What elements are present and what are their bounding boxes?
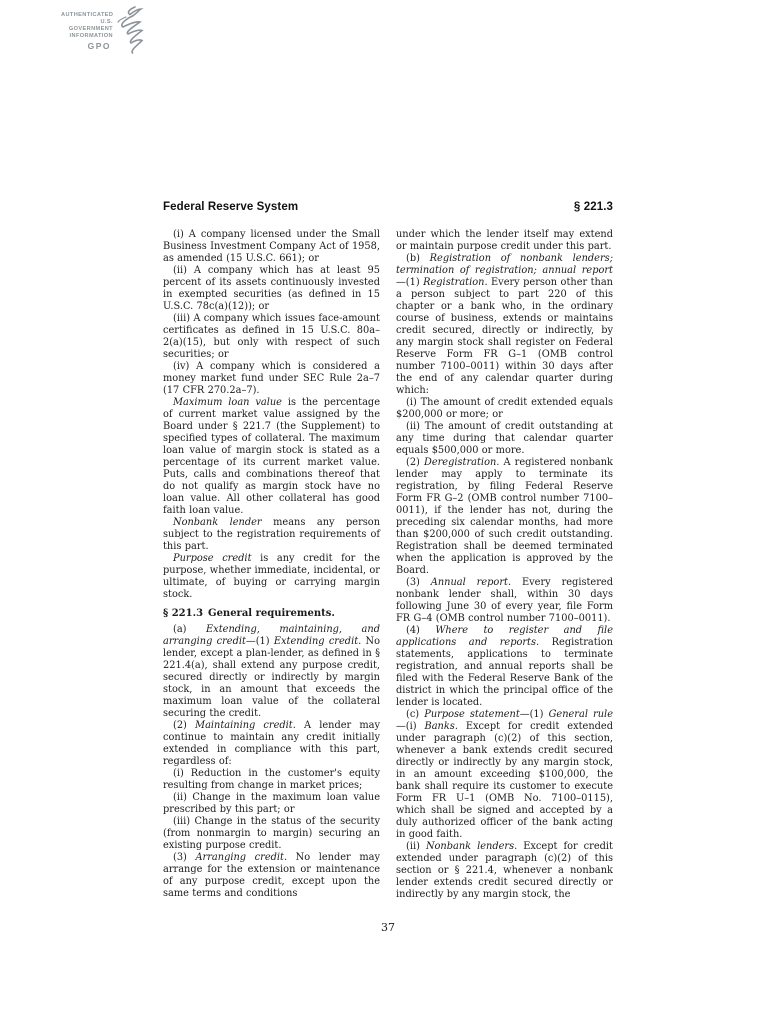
paragraph: (ii) Nonbank lenders. Except for credit … [396, 841, 613, 901]
text-run: (iii) Change in the status of the securi… [163, 816, 380, 851]
text-run: (3) [173, 852, 195, 863]
paragraph: (4) Where to register and file applicati… [396, 625, 613, 709]
paragraph: (ii) The amount of credit outstanding at… [396, 421, 613, 457]
paragraph: (3) Annual report. Every registered nonb… [396, 577, 613, 625]
paragraph: (a) Extending, maintaining, and arrangin… [163, 624, 380, 720]
paragraph: (b) Registration of nonbank lenders; ter… [396, 253, 613, 397]
page-header: Federal Reserve System § 221.3 [163, 201, 613, 213]
italic-run: Extending credit [274, 636, 358, 647]
text-run: —(i) [396, 721, 425, 732]
section-heading: § 221.3 General requirements. [163, 608, 380, 620]
paragraph: (ii) A company which has at least 95 per… [163, 265, 380, 313]
text-run: is the percentage of current market valu… [163, 397, 380, 516]
italic-run: Registration [423, 277, 484, 288]
paragraph: (2) Deregistration. A registered nonbank… [396, 457, 613, 577]
gpo-logo-line1: AUTHENTICATED [61, 12, 113, 19]
italic-run: Arranging credit [195, 852, 283, 863]
paragraph: (iii) Change in the status of the securi… [163, 816, 380, 852]
text-run: (b) [406, 253, 430, 264]
text-run: —(1) [396, 277, 423, 288]
text-run: (i) The amount of credit extended equals… [396, 397, 613, 420]
paragraph: (i) The amount of credit extended equals… [396, 397, 613, 421]
paragraph: (c) Purpose statement—(1) General rule—(… [396, 709, 613, 841]
paragraph: Nonbank lender means any person subject … [163, 517, 380, 553]
paragraph: (i) A company licensed under the Small B… [163, 229, 380, 265]
text-run: —(1) [520, 709, 549, 720]
text-run: . Except for credit extended under parag… [396, 721, 613, 840]
paragraph: (iv) A company which is considered a mon… [163, 361, 380, 397]
gpo-logo-line3: INFORMATION [61, 33, 113, 40]
italic-run: Maximum loan value [173, 397, 282, 408]
italic-run: Maintaining credit [195, 720, 293, 731]
italic-run: Deregistration [424, 457, 496, 468]
text-run: (i) A company licensed under the Small B… [163, 229, 380, 264]
paragraph: under which the lender itself may extend… [396, 229, 613, 253]
text-run: (c) [406, 709, 424, 720]
text-run: (a) [173, 624, 206, 635]
paragraph: (ii) Change in the maximum loan value pr… [163, 792, 380, 816]
italic-run: Purpose credit [173, 553, 252, 564]
column-left: (i) A company licensed under the Small B… [163, 229, 380, 900]
text-run: (ii) [406, 841, 426, 852]
paragraph: (3) Arranging credit. No lender may arra… [163, 852, 380, 900]
text-run: (2) [406, 457, 424, 468]
text-run: . Every person other than a person subje… [396, 277, 613, 396]
text-run: (2) [173, 720, 195, 731]
page-number: 37 [163, 921, 613, 934]
text-run: (i) Reduction in the customer's equity r… [163, 768, 380, 791]
paragraph: (iii) A company which issues face-amount… [163, 313, 380, 361]
italic-run: Nonbank lenders [426, 841, 514, 852]
text-run: —(1) [246, 636, 274, 647]
gpo-acronym: GPO [61, 43, 113, 50]
gpo-logo: AUTHENTICATED U.S. GOVERNMENT INFORMATIO… [61, 5, 144, 55]
italic-run: General rule [549, 709, 613, 720]
italic-run: Annual report [431, 577, 508, 588]
text-run: (4) [406, 625, 435, 636]
paragraph: (i) Reduction in the customer's equity r… [163, 768, 380, 792]
gpo-eagle-icon [116, 5, 144, 55]
paragraph: (2) Maintaining credit. A lender may con… [163, 720, 380, 768]
text-run: (iv) A company which is considered a mon… [163, 361, 380, 396]
paragraph: Maximum loan value is the percentage of … [163, 397, 380, 517]
paragraph: Purpose credit is any credit for the pur… [163, 553, 380, 601]
gpo-logo-line2: U.S. GOVERNMENT [61, 19, 113, 33]
text-run: . No lender, except a plan-lender, as de… [163, 636, 380, 719]
column-right: under which the lender itself may extend… [396, 229, 613, 901]
text-run: (3) [406, 577, 431, 588]
header-section-number: § 221.3 [574, 201, 613, 213]
text-run: (iii) A company which issues face-amount… [163, 313, 380, 360]
italic-run: Nonbank lender [173, 517, 262, 528]
text-run: (ii) A company which has at least 95 per… [163, 265, 380, 312]
text-run: (ii) The amount of credit outstanding at… [396, 421, 613, 456]
gpo-logo-text: AUTHENTICATED U.S. GOVERNMENT INFORMATIO… [61, 12, 113, 50]
italic-run: Purpose statement [424, 709, 520, 720]
header-publication-title: Federal Reserve System [163, 201, 298, 213]
text-run: under which the lender itself may extend… [396, 229, 613, 252]
text-run: § 221.3 General requirements. [163, 608, 335, 619]
text-run: (ii) Change in the maximum loan value pr… [163, 792, 380, 815]
text-run: . A registered nonbank lender may apply … [396, 457, 613, 576]
document-page: { "colors": { "text": "#1b1b1b", "logo_g… [0, 0, 770, 1024]
italic-run: Banks [425, 721, 455, 732]
